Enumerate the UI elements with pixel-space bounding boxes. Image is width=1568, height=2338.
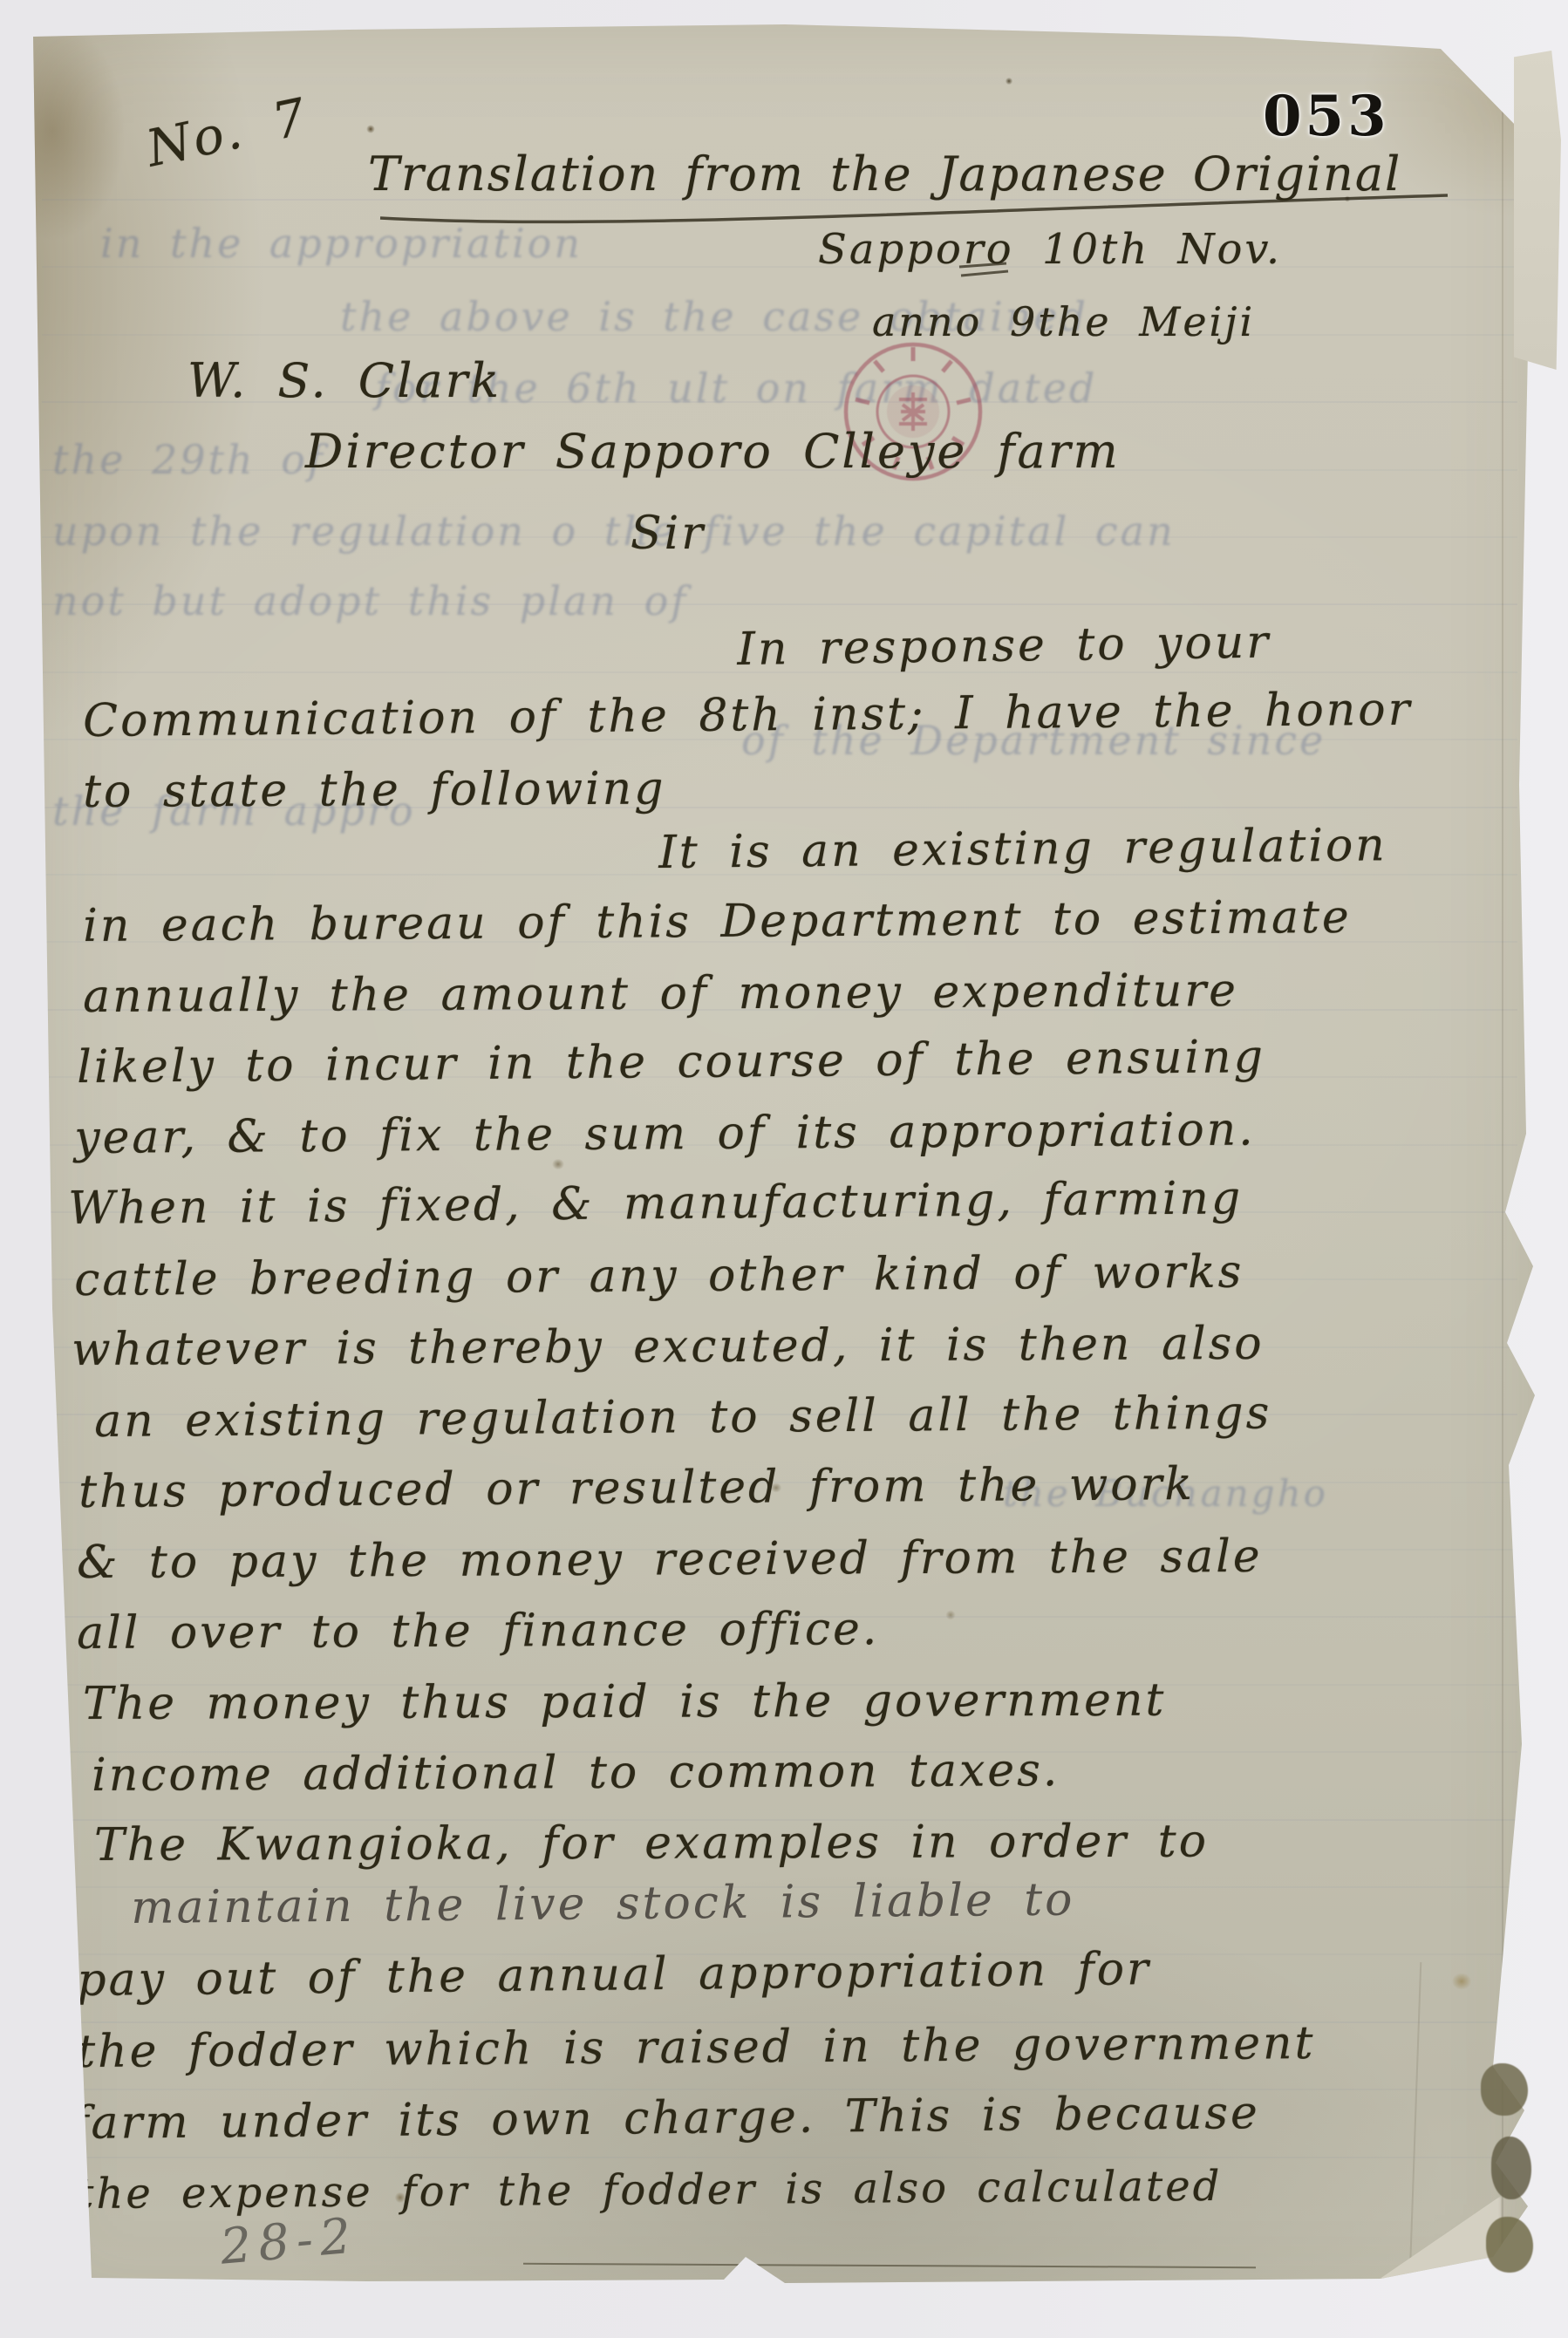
handwritten-line-19: maintain the live stock is liable to [131,1874,1075,1934]
handwritten-line-16: The money thus paid is the government [83,1674,1166,1730]
recipient-name: W. S. Clark [187,353,501,408]
ghost-text-fragment: not but adopt this plan of [52,577,688,624]
ruled-line [42,536,1517,538]
handwritten-line-4: It is an existing regulation [658,819,1387,879]
handwritten-line-6: annually the amount of money expenditure [83,965,1238,1023]
dateline-era-year: anno 9the Meiji [872,298,1255,345]
bottom-crease [1409,1962,1422,2276]
ruled-line [42,2089,1517,2090]
ruled-line [42,334,1517,336]
handwritten-line-5: in each bureau of this Department to est… [83,891,1352,952]
handwritten-line-17: income additional to common taxes. [92,1744,1060,1802]
salutation: Sir [631,508,706,560]
handwritten-line-2: Communication of the 8th inst; I have th… [83,684,1413,747]
handwritten-line-13: thus produced or resulted from the work [78,1458,1195,1518]
handwritten-line-23: the expense for the fodder is also calcu… [77,2162,1223,2219]
bottom-right-fold [1374,2192,1501,2280]
handwritten-line-7: likely to incur in the course of the ens… [77,1031,1265,1094]
handwritten-line-12: an existing regulation to sell all the t… [94,1387,1272,1448]
right-margin-crease [1502,52,1503,2250]
handwritten-line-10: cattle breeding or any other kind of wor… [74,1246,1244,1306]
ruled-line [42,266,1517,268]
handwritten-line-21: the fodder which is raised in the govern… [77,2017,1316,2078]
handwritten-line-15: all over to the finance office. [77,1603,880,1660]
handwritten-line-9: When it is fixed, & manufacturing, farmi… [68,1172,1243,1235]
handwritten-line-14: & to pay the money received from the sal… [77,1530,1263,1589]
handwritten-line-1: In response to your [737,616,1271,676]
handwritten-line-18: The Kwangioka, for examples in order to [94,1816,1209,1871]
handwritten-line-22: farm under its own charge. This is becau… [72,2087,1260,2150]
letter-title: Translation from the Japanese Original [368,147,1401,201]
ruled-line [42,603,1517,605]
pencil-annotation: 28-2 [218,2207,360,2276]
handwritten-line-8: year, & to fix the sum of its appropriat… [74,1104,1256,1164]
ghost-text-fragment: the 29th of [52,436,325,483]
archive-page-number: 053 [1263,84,1390,149]
handwritten-line-20: pay out of the annual appropriation for [77,1943,1151,2007]
handwritten-line-11: whatever is thereby excuted, it is then … [72,1318,1265,1376]
scanned-letter-page: in the appropriationthe above is the cas… [0,0,1568,2338]
ghost-text-fragment: upon the regulation o the five the capit… [52,508,1176,555]
paper-sheet: in the appropriationthe above is the cas… [0,0,1568,2338]
recipient-title: Director Sapporo Clleye farm [305,424,1121,479]
bottom-edge-shadow [523,2263,1256,2268]
document-number: No. 7 [141,86,313,178]
handwritten-line-3: to state the following [83,763,666,818]
ghost-text-fragment: in the appropriation [100,220,583,267]
dateline-place-date: Sapporo 10th Nov. [818,225,1282,274]
ruled-line [42,2157,1517,2158]
